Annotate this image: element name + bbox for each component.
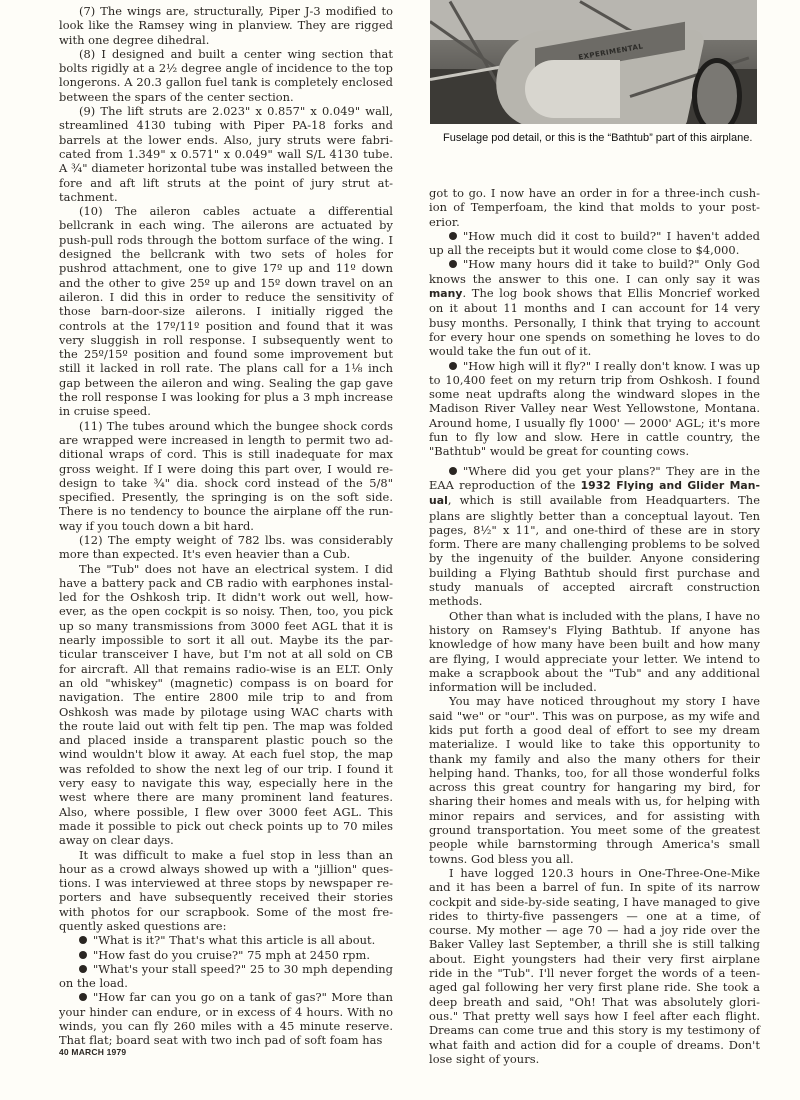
faq-item-altitude: "How high will it fly?" I really don't k… <box>429 359 760 459</box>
bullet-icon <box>449 260 457 268</box>
bullet-icon <box>79 965 87 973</box>
paragraph-center-section: (8) I designed and built a center wing s… <box>59 47 393 104</box>
photo-caption: Fuselage pod detail, or this is the “Bat… <box>443 129 763 147</box>
bullet-icon <box>79 951 87 959</box>
paragraph-wings: (7) The wings are, structurally, Piper J… <box>59 4 393 47</box>
paragraph-ailerons: (10) The aileron cables actuate a differ… <box>59 204 393 418</box>
bullet-icon <box>79 993 87 1001</box>
paragraph-fuel-stops: It was difficult to make a fuel stop in … <box>59 848 393 934</box>
paragraph-lift-struts: (9) The lift struts are 2.023" x 0.857" … <box>59 104 393 204</box>
paragraph-seat-cushion: got to go. I now have an order in for a … <box>429 186 760 229</box>
faq-item-hours: "How many hours did it take to build?" O… <box>429 257 760 358</box>
emphasis-many: many <box>429 287 462 300</box>
faq-item-plans: "Where did you get your plans?" They are… <box>429 464 760 609</box>
faq-item-stall: "What's your stall speed?" 25 to 30 mph … <box>59 962 393 991</box>
bullet-icon <box>449 232 457 240</box>
faq-item-cost: "How much did it cost to build?" I haven… <box>429 229 760 258</box>
bullet-icon <box>449 362 457 370</box>
article-left-column: (7) The wings are, structurally, Piper J… <box>59 4 393 1048</box>
paragraph-shock-cords: (11) The tubes around which the bungee s… <box>59 419 393 533</box>
faq-item-cruise: "How fast do you cruise?" 75 mph at 2450… <box>59 948 393 962</box>
page-footer: 40 MARCH 1979 <box>59 1047 126 1057</box>
fuselage-pod-highlight <box>525 60 620 118</box>
paragraph-empty-weight: (12) The empty weight of 782 lbs. was co… <box>59 533 393 562</box>
article-right-column: got to go. I now have an order in for a … <box>429 186 760 1066</box>
faq-item-what-is-it: "What is it?" That's what this article i… <box>59 933 393 947</box>
paragraph-thanks: You may have noticed throughout my story… <box>429 694 760 866</box>
airplane-fuselage-photo: EXPERIMENTAL <box>430 0 757 124</box>
bullet-icon <box>79 936 87 944</box>
bullet-icon <box>449 467 457 475</box>
wheel <box>692 58 742 124</box>
paragraph-history: Other than what is included with the pla… <box>429 609 760 695</box>
faq-item-range: "How far can you go on a tank of gas?" M… <box>59 990 393 1047</box>
paragraph-conclusion: I have logged 120.3 hours in One-Three-O… <box>429 866 760 1066</box>
paragraph-electrical: The "Tub" does not have an electrical sy… <box>59 562 393 848</box>
